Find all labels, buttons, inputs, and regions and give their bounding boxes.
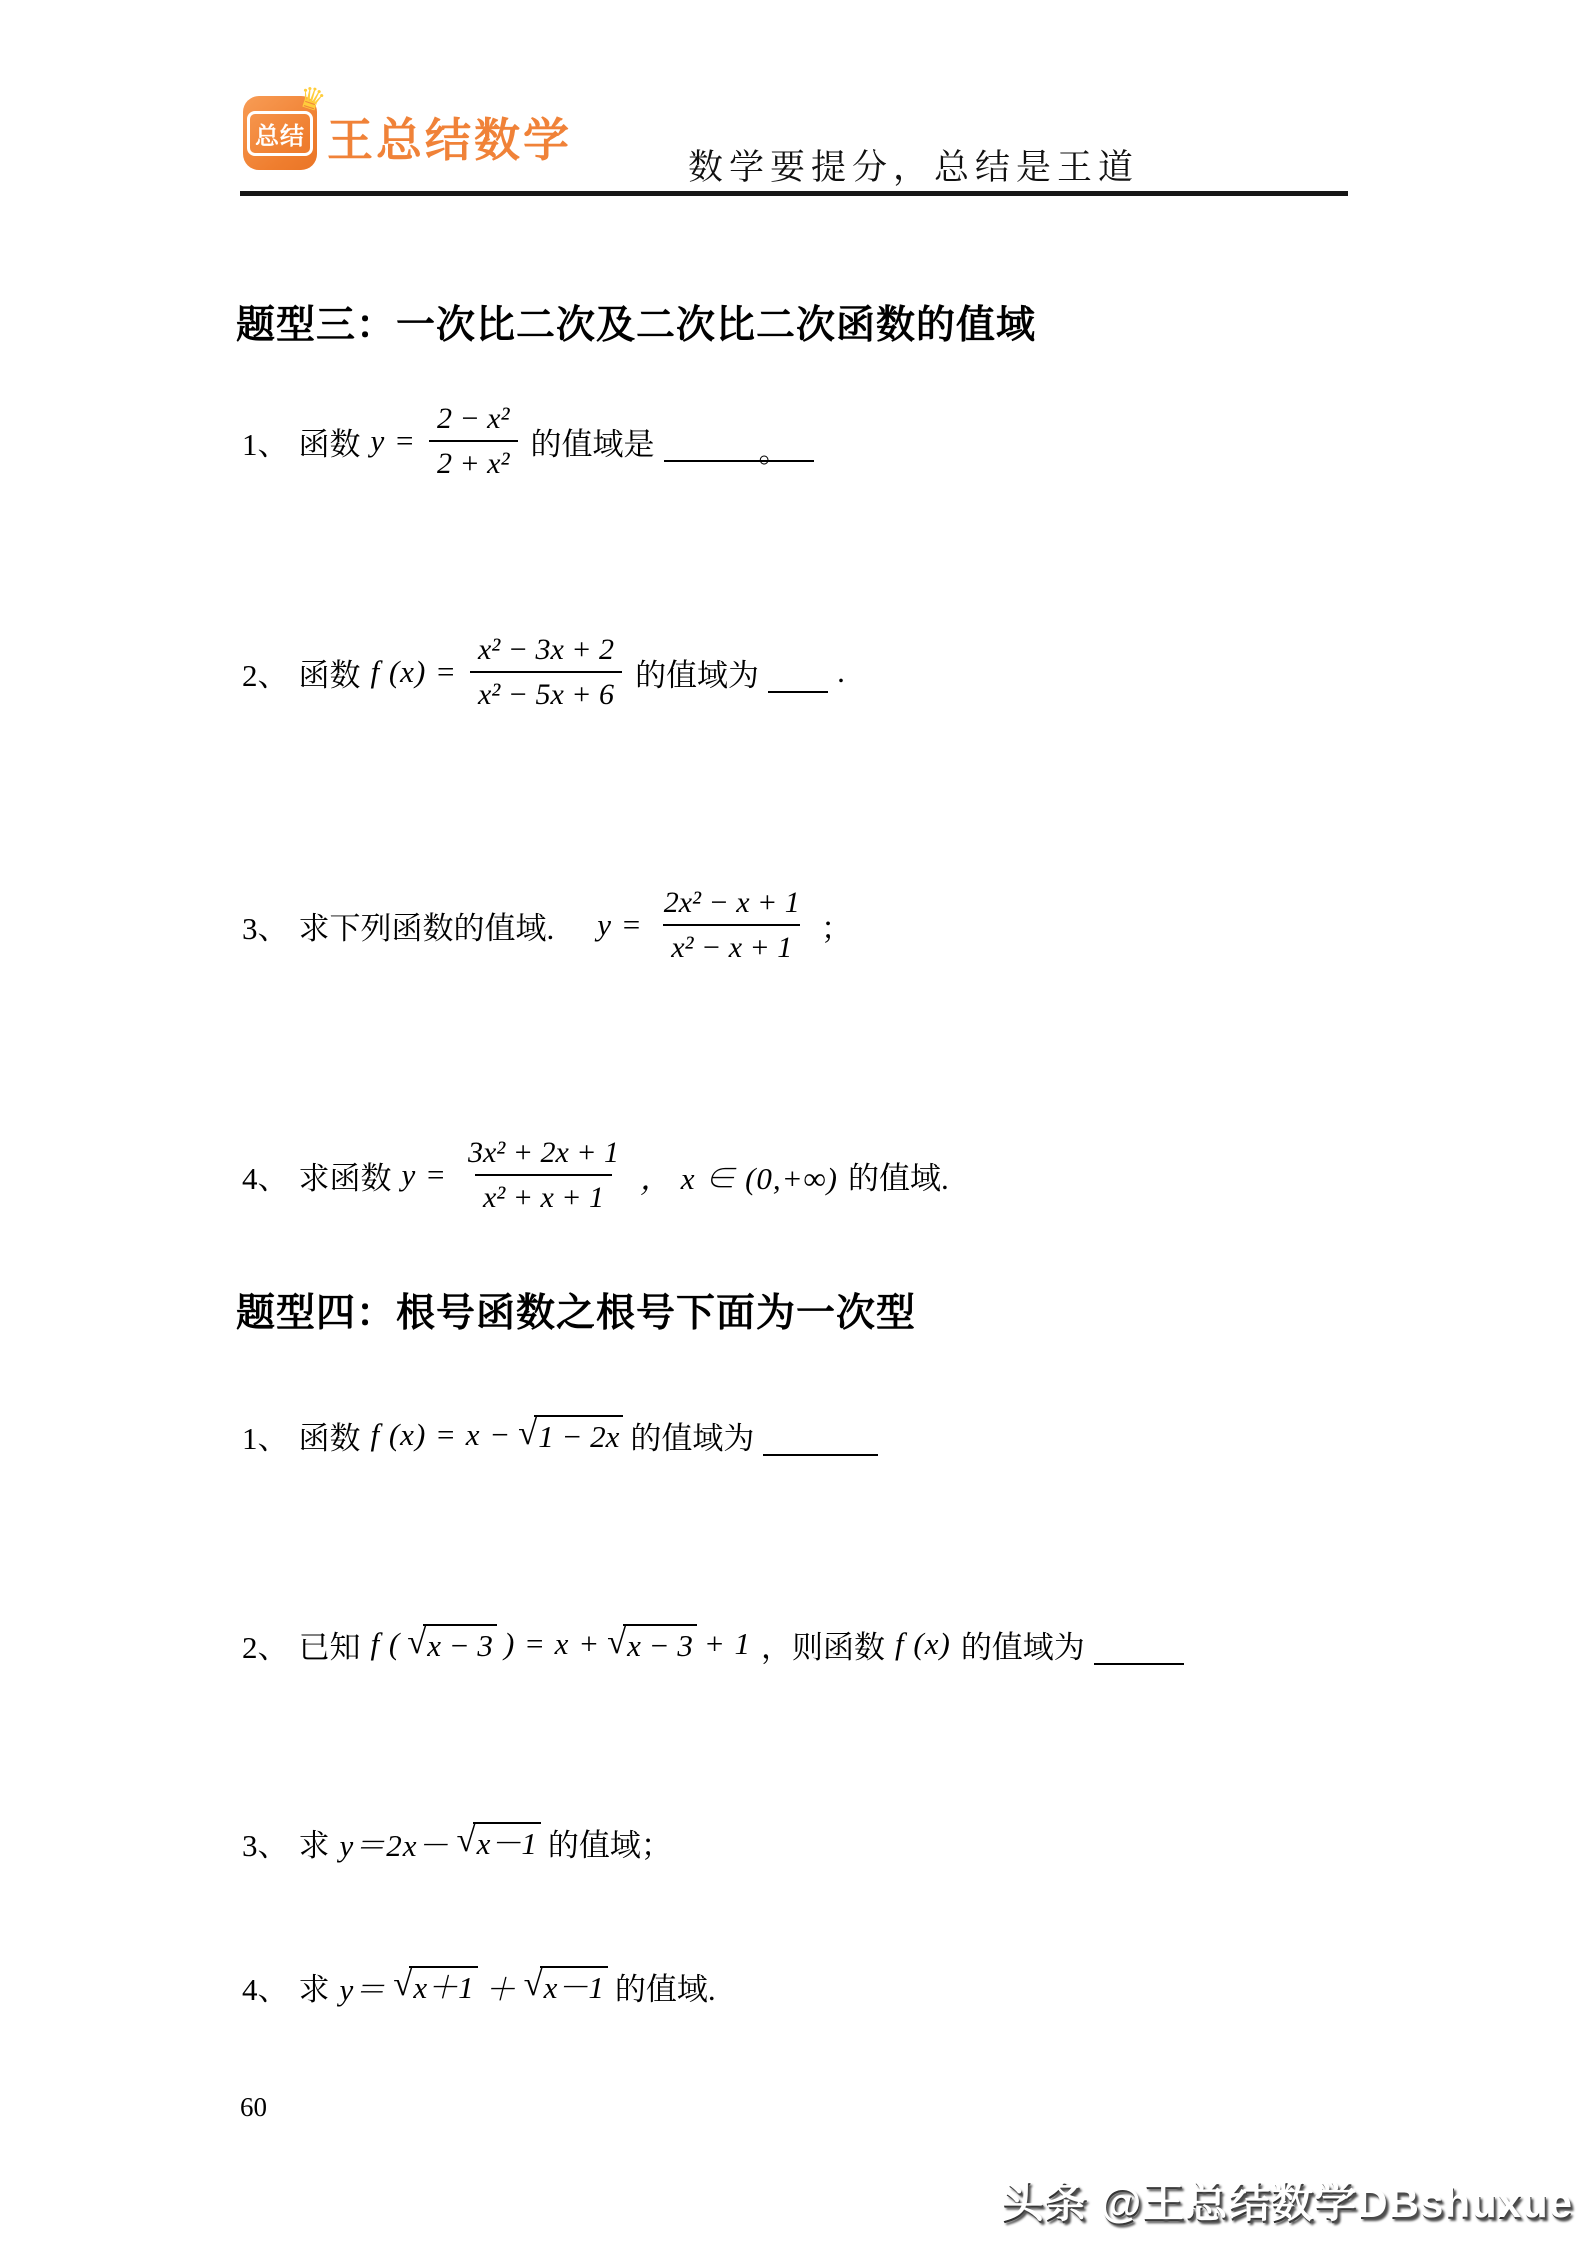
- brand-name: 王总结数学: [327, 104, 572, 170]
- math-operator: ＋: [485, 1964, 517, 2009]
- fraction-numerator: x² − 3x + 2: [470, 631, 622, 672]
- fraction: 2x² − x + 1 x² − x + 1: [656, 884, 808, 967]
- brand-logo-icon: ♛ 总结: [243, 96, 317, 170]
- problem-text: 的值域为: [630, 1413, 754, 1458]
- problem-number: 1、: [242, 419, 289, 464]
- radicand: x − 3: [423, 1624, 497, 1664]
- problem-text: 函数: [299, 1413, 361, 1458]
- sqrt-expression: √ x − 3: [607, 1624, 697, 1664]
- math-expr: f (x) =: [371, 654, 457, 690]
- fraction-denominator: x² + x + 1: [475, 1174, 612, 1217]
- problem-3-3: 3、 求下列函数的值域. y = 2x² − x + 1 x² − x + 1 …: [237, 875, 857, 975]
- watermark: 头条 @王总结数学DBshuxue: [1002, 2170, 1573, 2230]
- problem-text: 函数: [299, 650, 361, 695]
- problem-number: 3、: [242, 1820, 289, 1865]
- section-title-4: 题型四：根号函数之根号下面为一次型: [236, 1282, 916, 1338]
- problem-4-4: 4、 求 y＝ √ x＋1 ＋ √ x－1 的值域.: [237, 1956, 721, 2016]
- math-expr: f (x): [895, 1626, 951, 1662]
- problem-number: 3、: [242, 903, 289, 948]
- page-number: 60: [240, 2092, 267, 2123]
- fraction-numerator: 3x² + 2x + 1: [460, 1134, 627, 1175]
- radicand: x－1: [473, 1822, 541, 1862]
- brand-tagline: 数学要提分，总结是王道: [688, 140, 1139, 190]
- header-divider: [240, 191, 1348, 196]
- problem-text: 的值域.: [848, 1153, 949, 1198]
- problem-text: 求: [299, 1964, 330, 2009]
- problem-number: 1、: [242, 1413, 289, 1458]
- problem-number: 4、: [242, 1153, 289, 1198]
- answer-blank: [768, 651, 828, 693]
- answer-blank: [763, 1414, 878, 1456]
- problem-text: 的值域为: [961, 1622, 1085, 1667]
- fraction: 2 − x² 2 + x²: [429, 400, 518, 483]
- fraction-denominator: x² − x + 1: [663, 924, 800, 967]
- fraction: 3x² + 2x + 1 x² + x + 1: [460, 1134, 627, 1217]
- math-domain: ， x ∈ (0,+∞): [640, 1153, 838, 1198]
- math-expr: f (x) = x −: [371, 1417, 512, 1453]
- problem-text: 求函数: [299, 1153, 392, 1198]
- problem-4-1: 1、 函数 f (x) = x − √ 1 − 2x 的值域为: [237, 1406, 882, 1464]
- problem-text: 已知: [299, 1622, 361, 1667]
- crown-icon: ♛: [293, 79, 329, 121]
- problem-text: 求: [299, 1820, 330, 1865]
- fraction-denominator: x² − 5x + 6: [470, 671, 622, 714]
- radicand: x − 3: [623, 1624, 697, 1664]
- math-expr: ) = x +: [504, 1626, 600, 1662]
- problem-3-1: 1、 函数 y = 2 − x² 2 + x² 的值域是 。: [237, 395, 818, 487]
- answer-blank: 。: [664, 420, 814, 462]
- sqrt-expression: √ 1 − 2x: [518, 1415, 623, 1455]
- math-expr: y =: [597, 907, 642, 943]
- math-expr: y =: [402, 1157, 447, 1193]
- fraction-numerator: 2x² − x + 1: [656, 884, 808, 925]
- sqrt-expression: √ x＋1: [393, 1966, 477, 2006]
- radicand: 1 − 2x: [534, 1415, 623, 1455]
- sqrt-expression: √ x − 3: [407, 1624, 497, 1664]
- problem-text: 的值域为: [635, 650, 759, 695]
- radicand: x＋1: [409, 1966, 477, 2006]
- worksheet-page: ♛ 总结 王总结数学 数学要提分，总结是王道 题型三：一次比二次及二次比二次函数…: [0, 0, 1587, 2245]
- math-expr: y =: [371, 423, 416, 459]
- math-expr: y＝: [340, 1964, 387, 2009]
- problem-number: 2、: [242, 650, 289, 695]
- problem-text: 的值域.: [615, 1964, 716, 2009]
- sqrt-expression: √ x－1: [457, 1822, 541, 1862]
- problem-text: 的值域是: [531, 419, 655, 464]
- logo-badge-text: 总结: [247, 111, 313, 156]
- blank-punctuation: 。: [759, 444, 790, 460]
- sqrt-expression: √ x－1: [524, 1966, 608, 2006]
- problem-number: 4、: [242, 1964, 289, 2009]
- problem-text: 的值域；: [548, 1820, 672, 1865]
- fraction-numerator: 2 − x²: [429, 400, 518, 441]
- problem-number: 2、: [242, 1622, 289, 1667]
- math-expr: + 1: [704, 1626, 751, 1662]
- answer-blank: [1094, 1623, 1184, 1665]
- end-punctuation: .: [837, 654, 845, 690]
- fraction-denominator: 2 + x²: [429, 440, 518, 483]
- problem-3-4: 4、 求函数 y = 3x² + 2x + 1 x² + x + 1 ， x ∈…: [237, 1122, 954, 1228]
- end-punctuation: ；: [821, 903, 852, 948]
- section-title-3: 题型三：一次比二次及二次比二次函数的值域: [236, 294, 1036, 350]
- problem-text: ，则函数: [761, 1622, 885, 1667]
- problem-4-2: 2、 已知 f ( √ x − 3 ) = x + √ x − 3 + 1 ，则…: [237, 1614, 1188, 1674]
- problem-3-2: 2、 函数 f (x) = x² − 3x + 2 x² − 5x + 6 的值…: [237, 622, 850, 722]
- problem-text: 函数: [299, 419, 361, 464]
- radicand: x－1: [540, 1966, 608, 2006]
- math-expr: f (: [371, 1626, 401, 1662]
- problem-text: 求下列函数的值域.: [299, 903, 555, 948]
- math-expr: y＝2x－: [340, 1820, 450, 1865]
- problem-4-3: 3、 求 y＝2x－ √ x－1 的值域；: [237, 1816, 677, 1868]
- fraction: x² − 3x + 2 x² − 5x + 6: [470, 631, 622, 714]
